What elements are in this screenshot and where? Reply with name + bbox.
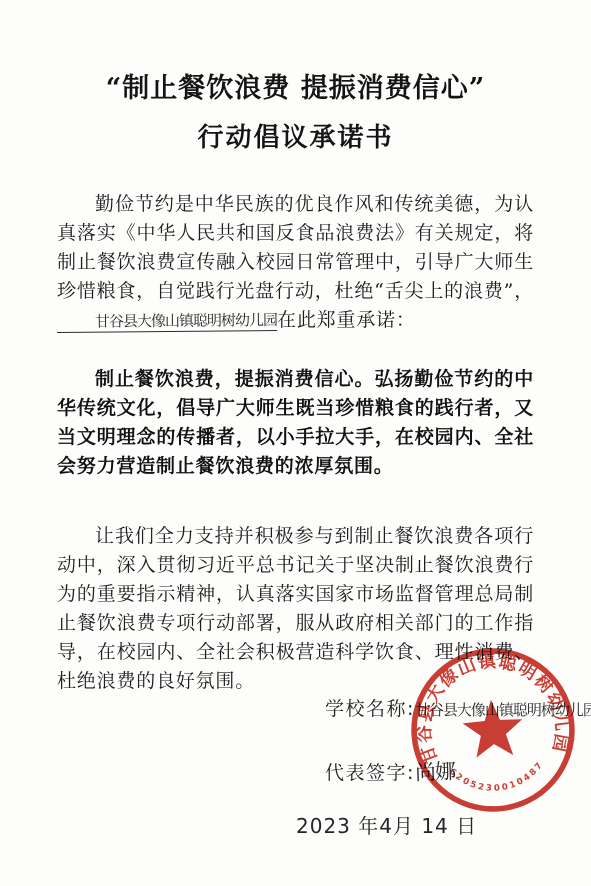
pledge-document-page: “制止餐饮浪费 提振消费信心” 行动倡议承诺书 勤俭节约是中华民族的优良作风和传… <box>0 0 591 886</box>
paragraph-1-text-after: 在此郑重承诺： <box>277 309 416 331</box>
school-name-label: 学校名称: <box>325 698 415 720</box>
seal-star-icon <box>461 698 525 759</box>
paragraph-1-text-before: 勤俭节约是中华民族的优良作风和传统美德，为认真落实《中华人民共和国反食品浪费法》… <box>57 193 534 302</box>
paragraph-1: 勤俭节约是中华民族的优良作风和传统美德，为认真落实《中华人民共和国反食品浪费法》… <box>57 190 534 335</box>
representative-signature-label: 代表签字: <box>325 762 415 784</box>
svg-text:6205230010487: 6205230010487 <box>446 760 547 797</box>
paragraph-2: 制止餐饮浪费，提振消费信心。弘扬勤俭节约的中华传统文化，倡导广大师生既当珍惜粮食… <box>57 365 534 481</box>
official-seal: 甘谷县大像山镇聪明树幼儿园 6205230010487 <box>401 638 585 822</box>
document-subtitle: 行动倡议承诺书 <box>0 117 591 154</box>
seal-number: 6205230010487 <box>446 760 547 797</box>
document-body: 勤俭节约是中华民族的优良作风和传统美德，为认真落实《中华人民共和国反食品浪费法》… <box>57 190 534 696</box>
handwritten-school-name-inline: 甘谷县大像山镇聪明树幼儿园 <box>57 313 277 333</box>
document-title: “制止餐饮浪费 提振消费信心” <box>0 66 591 105</box>
